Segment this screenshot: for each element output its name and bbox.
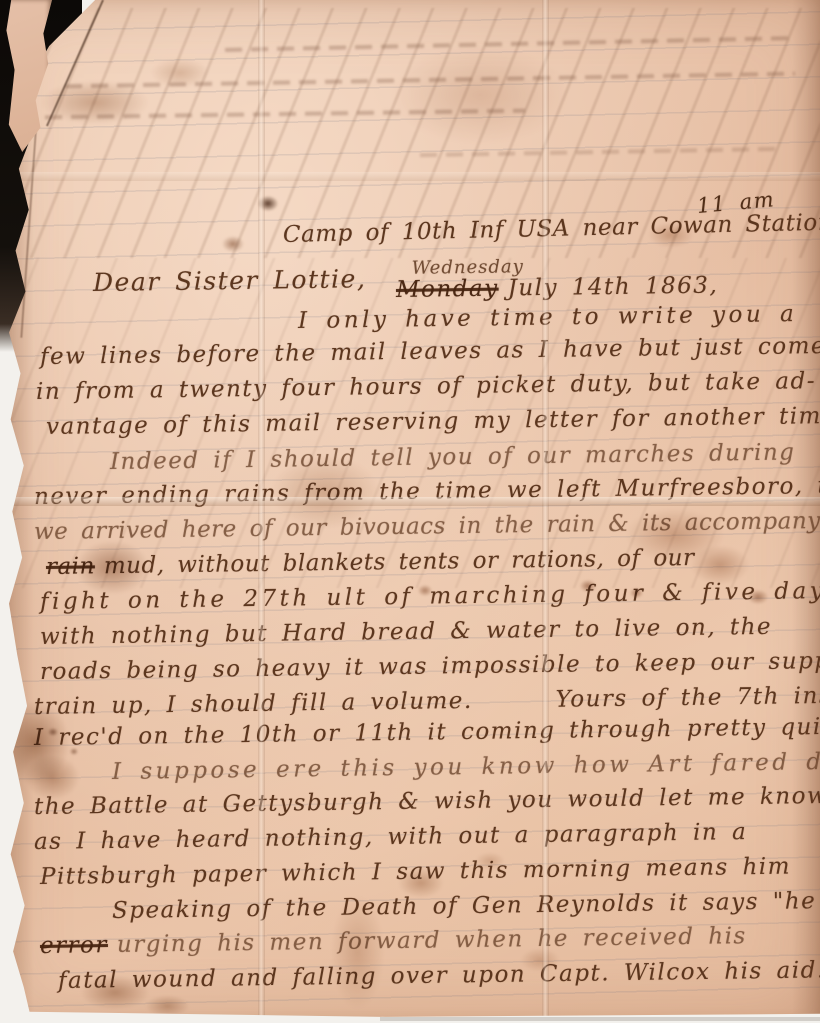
stain-spot (70, 748, 78, 755)
fold-crease-vertical (542, 0, 549, 1023)
stain-blob (520, 948, 560, 972)
date-text: July 14th 1863, (507, 273, 718, 302)
stain-blob (222, 236, 244, 252)
fold-crease-vertical (258, 0, 265, 1023)
date-line: WednesdayMondayJuly 14th 1863, (396, 275, 719, 302)
struck-day: Monday (396, 276, 499, 303)
page-edge-shading (792, 0, 820, 1023)
scanned-letter-page: 11 am Camp of 10th Inf USA near Cowan St… (0, 0, 820, 1023)
stain-blob (75, 540, 150, 595)
stain-blob (270, 455, 380, 530)
stain-blob (145, 995, 190, 1017)
stain-blob (80, 975, 150, 1010)
struck-word: error (40, 932, 108, 959)
fold-crease-horizontal (0, 497, 820, 506)
stain-blob (330, 895, 385, 1010)
letter-sheet: 11 am Camp of 10th Inf USA near Cowan St… (0, 0, 820, 1023)
stain-blob (150, 58, 210, 88)
stain-spot (48, 728, 58, 736)
letter-salutation: Dear Sister Lottie, (93, 266, 367, 295)
stain-blob (398, 868, 444, 898)
stain-spot (418, 585, 432, 596)
stain-spot (630, 588, 643, 598)
stain-blob (648, 222, 694, 248)
fold-crease-horizontal (0, 172, 820, 181)
stain-blob (475, 852, 505, 870)
stain-spot (748, 590, 768, 604)
inserted-day: Wednesday (412, 258, 524, 278)
stain-blob (690, 545, 750, 585)
stain-blob (40, 80, 150, 125)
scan-bottom-edge (380, 1017, 820, 1021)
stain-spot (580, 580, 596, 592)
